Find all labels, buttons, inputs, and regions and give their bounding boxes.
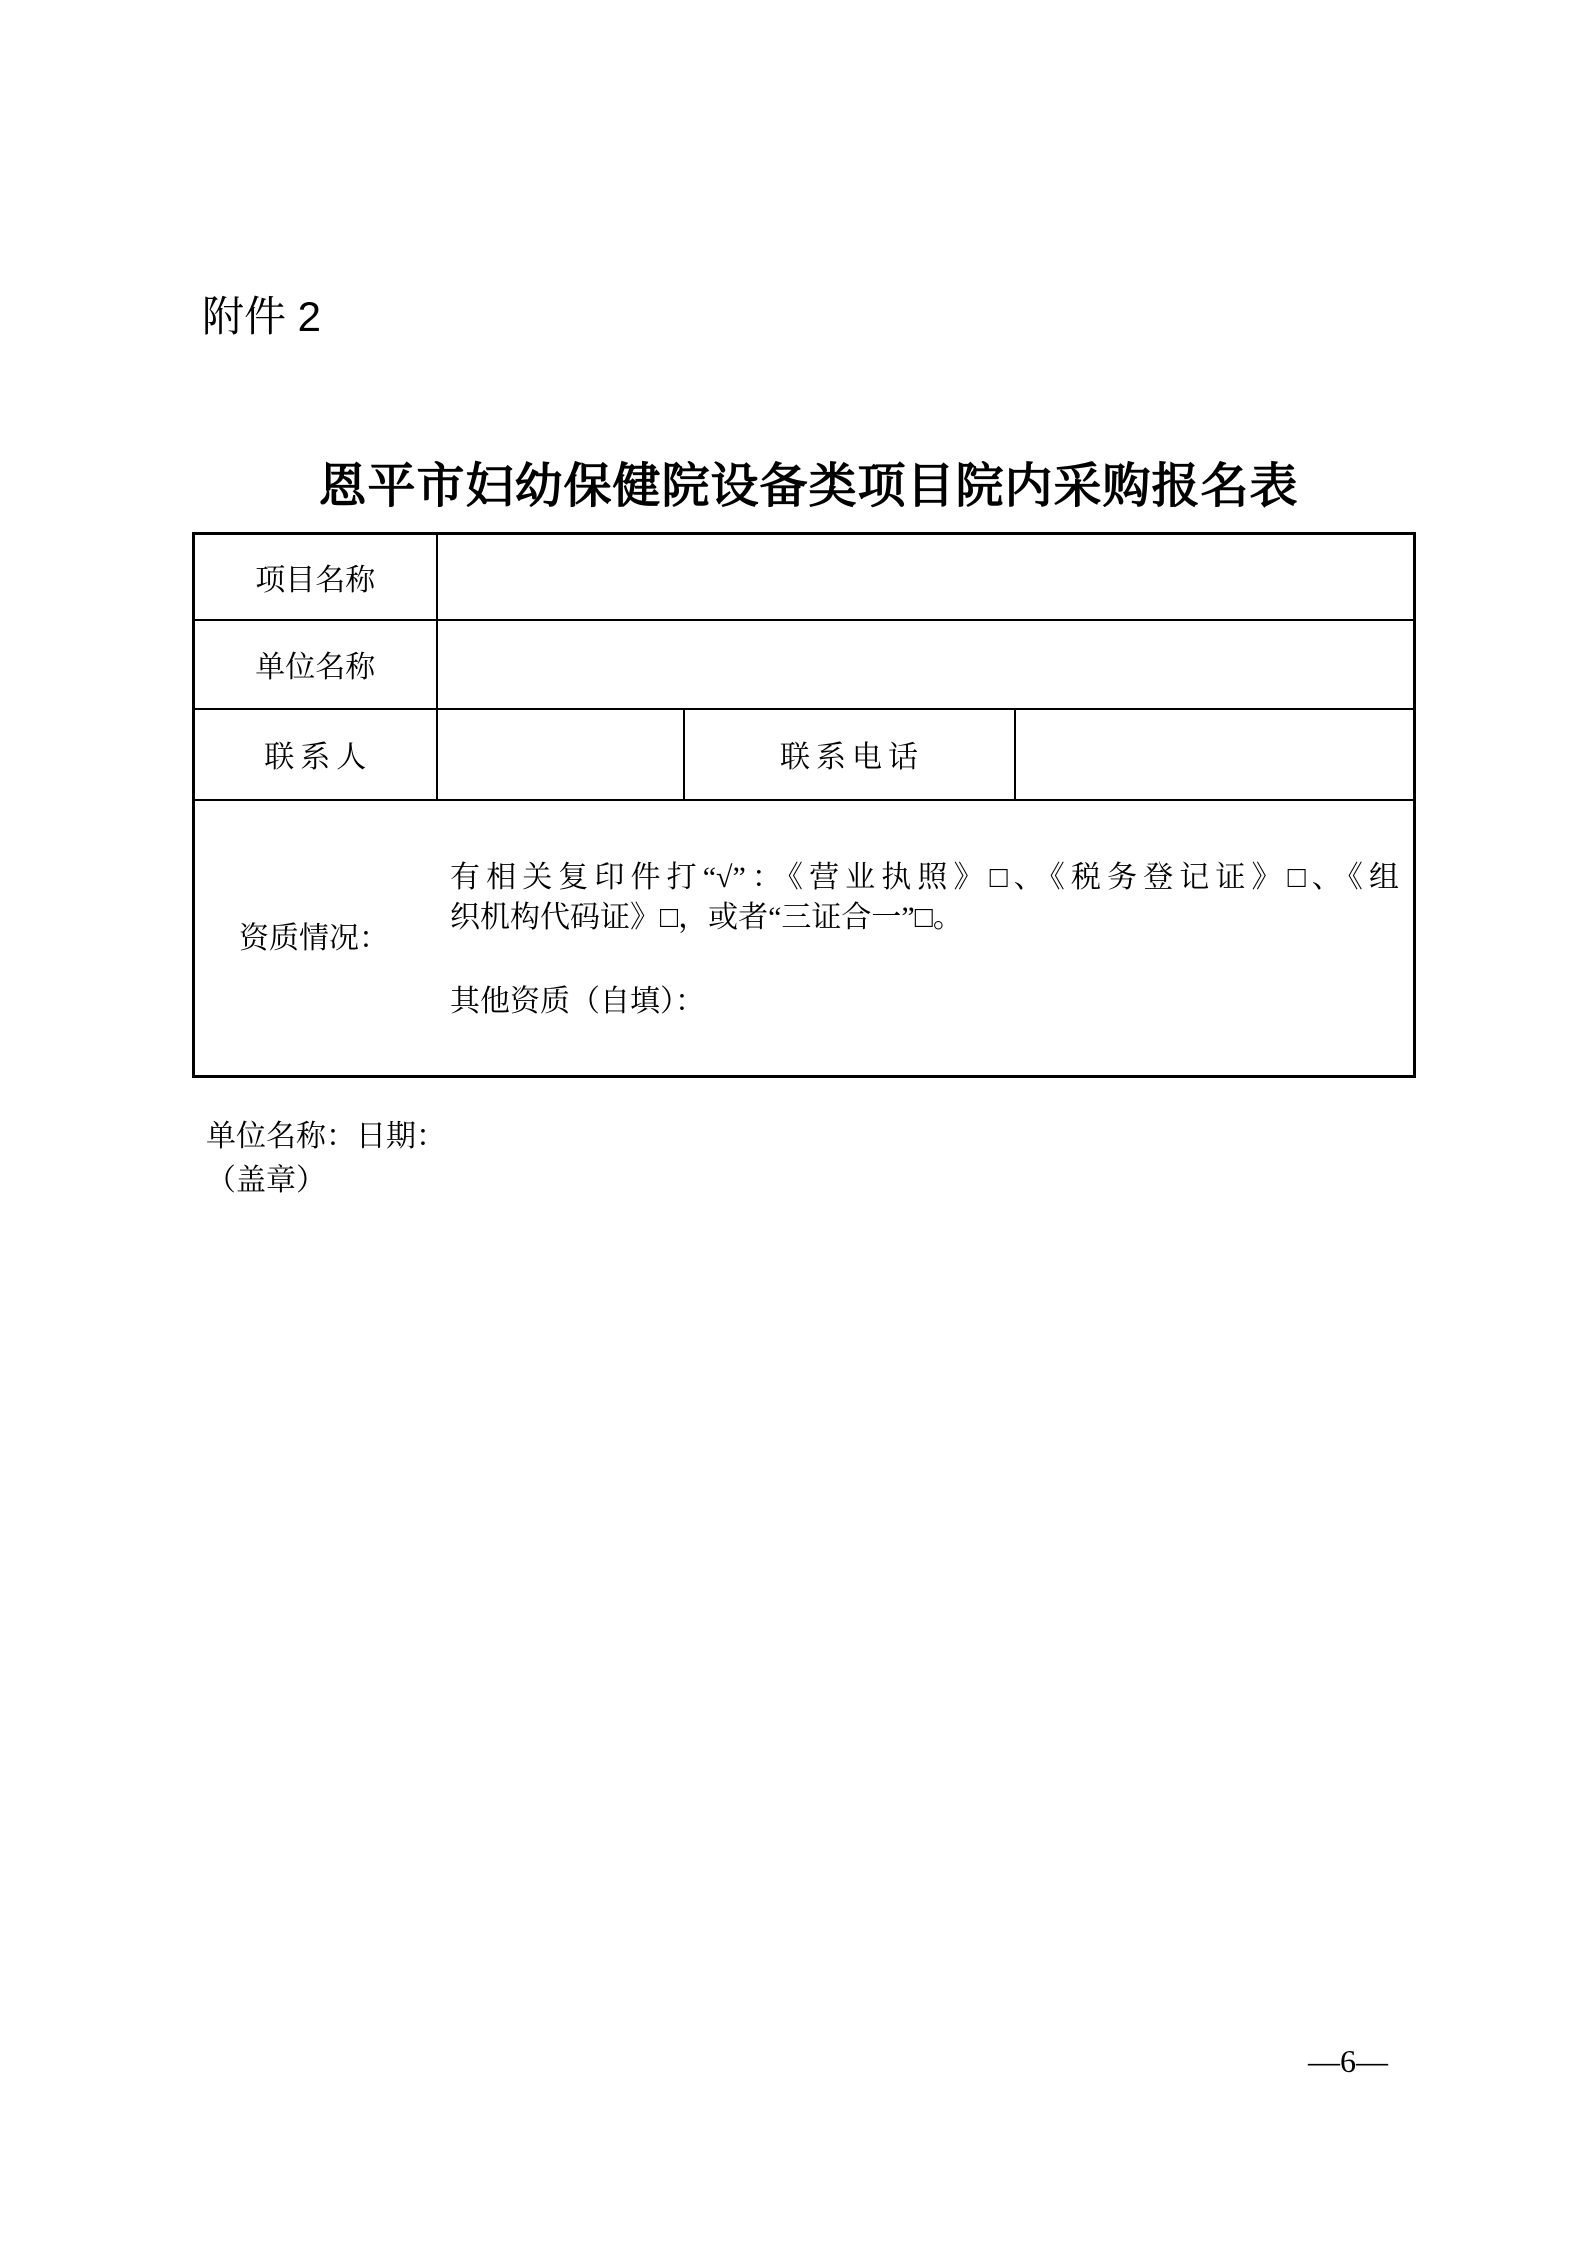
project-name-label-cell: 项目名称 [194,534,437,620]
document-page: 附件 2 恩平市妇幼保健院设备类项目院内采购报名表 项目名称 单位名称 联系人 … [0,0,1587,2245]
qualification-label: 资质情况： [239,913,389,957]
attachment-label: 附件 2 [202,291,321,343]
table-row-qualification: 资质情况： 有相关复印件打“√”：《营业执照》□、《税务登记证》□、《组 织机构… [194,800,1415,1077]
contact-phone-value-cell [1015,709,1415,800]
qualification-content: 有相关复印件打“√”：《营业执照》□、《税务登记证》□、《组 织机构代码证》□，… [450,853,1399,1022]
registration-form-table: 项目名称 单位名称 联系人 联系电话 资质情况： 有相关复印件打“√”：《营业执… [192,532,1416,1078]
unit-name-label-cell: 单位名称 [194,620,437,709]
qualification-line-1: 有相关复印件打“√”：《营业执照》□、《税务登记证》□、《组 [450,858,1399,898]
table-row-unit-name: 单位名称 [194,620,1415,709]
table-row-project-name: 项目名称 [194,534,1415,620]
qualification-other-line: 其他资质（自填）： [450,982,1399,1022]
qualification-line-2: 织机构代码证》□，或者“三证合一”□。 [450,898,1399,938]
qualification-cell: 资质情况： 有相关复印件打“√”：《营业执照》□、《税务登记证》□、《组 织机构… [194,800,1415,1077]
contact-phone-label-cell: 联系电话 [684,709,1015,800]
unit-name-value-cell [437,620,1415,709]
page-title: 恩平市妇幼保健院设备类项目院内采购报名表 [0,458,1587,516]
footer-seal-line: （盖章） [206,1161,326,1201]
contact-person-label-cell: 联系人 [194,709,437,800]
page-number: —6— [1308,2042,1388,2080]
contact-person-value-cell [437,709,684,800]
project-name-value-cell [437,534,1415,620]
table-row-contact: 联系人 联系电话 [194,709,1415,800]
footer-unit-name-date-line: 单位名称：日期： [206,1117,446,1157]
